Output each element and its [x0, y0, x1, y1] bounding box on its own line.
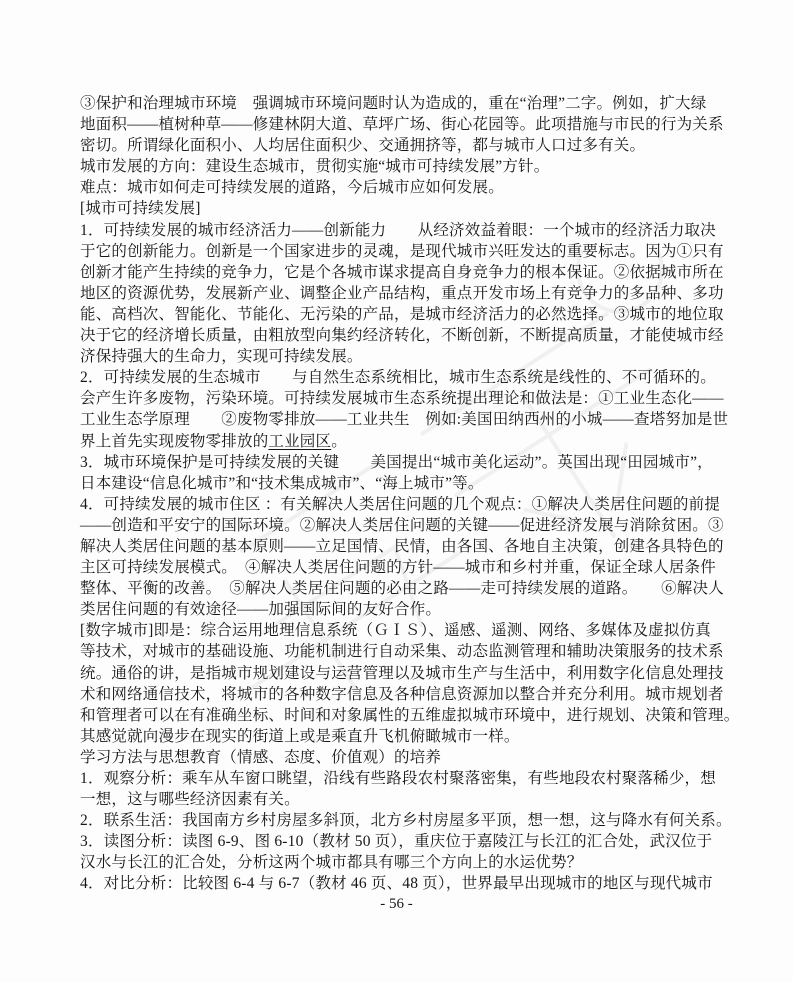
text-line: 决于它的经济增长质量，由粗放型向集约经济转化，不断创新，不断提高质量，才能使城市… — [80, 325, 740, 346]
text-line: 会产生许多废物，污染环境。可持续发展城市生态系统提出理论和做法是：①工业生态化—… — [80, 388, 740, 409]
text-line: 1．观察分析：乘车从车窗口眺望，沿线有些路段农村聚落密集，有些地段农村聚落稀少，… — [80, 768, 740, 789]
text-line: 1．可持续发展的城市经济活力——创新能力 从经济效益着眼：一个城市的经济活力取决 — [80, 220, 740, 241]
text-line: 学习方法与思想教育（情感、态度、价值观）的培养 — [80, 747, 740, 768]
text-line: 密切。所谓绿化面积小、人均居住面积少、交通拥挤等，都与城市人口过多有关。 — [80, 135, 740, 156]
text-line: ③保护和治理城市环境 强调城市环境问题时认为造成的，重在“治理”二字。例如，扩大… — [80, 93, 740, 114]
text-line: 于它的创新能力。创新是一个国家进步的灵魂，是现代城市兴旺发达的重要标志。因为①只… — [80, 241, 740, 262]
text-line: 难点：城市如何走可持续发展的道路，今后城市应如何发展。 — [80, 177, 740, 198]
text-line: 工业生态学原理 ②废物零排放——工业共生 例如:美国田纳西州的小城——查塔努加是… — [80, 409, 740, 430]
document-page: ③保护和治理城市环境 强调城市环境问题时认为造成的，重在“治理”二字。例如，扩大… — [0, 0, 793, 982]
text-line: 能、高档次、智能化、节能化、无污染的产品，是城市经济活力的必然选择。③城市的地位… — [80, 304, 740, 325]
text-line: 地区的资源优势，发展新产业、调整企业产品结构，重点开发市场上有竞争力的多品种、多… — [80, 283, 740, 304]
text-line: 地面积——植树种草——修建林阴大道、草坪广场、街心花园等。此项措施与市民的行为关… — [80, 114, 740, 135]
text-line: 整体、平衡的改善。 ⑤解决人类居住问题的必由之路——走可持续发展的道路。 ⑥解决… — [80, 578, 740, 599]
text-line: ——创造和平安宁的国际环境。②解决人类居住问题的关键——促进经济发展与消除贫困。… — [80, 515, 740, 536]
text-line: 4．可持续发展的城市住区 ：有关解决人类居住问题的几个观点：①解决人类居住问题的… — [80, 494, 740, 515]
text-line: 2．可持续发展的生态城市 与自然生态系统相比，城市生态系统是线性的、不可循环的。 — [80, 367, 740, 388]
text-line: 4．对比分析：比较图 6-4 与 6-7（教材 46 页、48 页），世界最早出… — [80, 873, 740, 894]
text-line: 统。通俗的讲，是指城市规划建设与运营管理以及城市生产与生活中，利用数字化信息处理… — [80, 663, 740, 684]
text-line: 主区可持续发展模式。 ④解决人类居住问题的方针——城市和乡村并重，保证全球人居条… — [80, 557, 740, 578]
text-line: 创新才能产生持续的竞争力，它是个各城市谋求提高自身竞争力的根本保证。②依据城市所… — [80, 262, 740, 283]
document-text: ③保护和治理城市环境 强调城市环境问题时认为造成的，重在“治理”二字。例如，扩大… — [80, 93, 740, 895]
text-line: [城市可持续发展] — [80, 198, 740, 219]
text-line: 类居住问题的有效途径——加强国际间的友好合作。 — [80, 599, 740, 620]
text-line: 术和网络通信技术，将城市的各种数字信息及各种信息资源加以整合并充分利用。城市规划… — [80, 684, 740, 705]
text-line: 解决人类居住问题的基本原则——立足国情、民情，由各国、各地自主决策，创建各具特色… — [80, 536, 740, 557]
page-number: - 56 - — [0, 894, 793, 914]
text-line: 汉水与长江的汇合处，分析这两个城市都具有哪三个方向上的水运优势？ — [80, 852, 740, 873]
text-line: 界上首先实现废物零排放的工业园区。 — [80, 431, 740, 452]
text-line: 和管理者可以在有准确坐标、时间和对象属性的五维虚拟城市环境中，进行规划、决策和管… — [80, 705, 740, 726]
text-line: 2．联系生活：我国南方乡村房屋多斜顶，北方乡村房屋多平顶，想一想，这与降水有何关… — [80, 810, 740, 831]
text-line: 等技术，对城市的基础设施、功能机制进行自动采集、动态监测管理和辅助决策服务的技术… — [80, 641, 740, 662]
text-line: 城市发展的方向：建设生态城市，贯彻实施“城市可持续发展”方针。 — [80, 156, 740, 177]
text-line: 济保持强大的生命力，实现可持续发展。 — [80, 346, 740, 367]
text-line: 日本建设“信息化城市”和“技术集成城市”、“海上城市”等。 — [80, 473, 740, 494]
text-line: [数字城市]即是：综合运用地理信息系统（ＧＩＳ）、遥感、遥测、网络、多媒体及虚拟… — [80, 620, 740, 641]
text-line: 3．城市环境保护是可持续发展的关键 美国提出“城市美化运动”。英国出现“田园城市… — [80, 452, 740, 473]
text-line: 3．读图分析：读图 6-9、图 6-10（教材 50 页），重庆位于嘉陵江与长江… — [80, 831, 740, 852]
text-line: 其感觉就向漫步在现实的街道上或是乘直升飞机俯瞰城市一样。 — [80, 726, 740, 747]
text-line: 一想，这与哪些经济因素有关。 — [80, 789, 740, 810]
